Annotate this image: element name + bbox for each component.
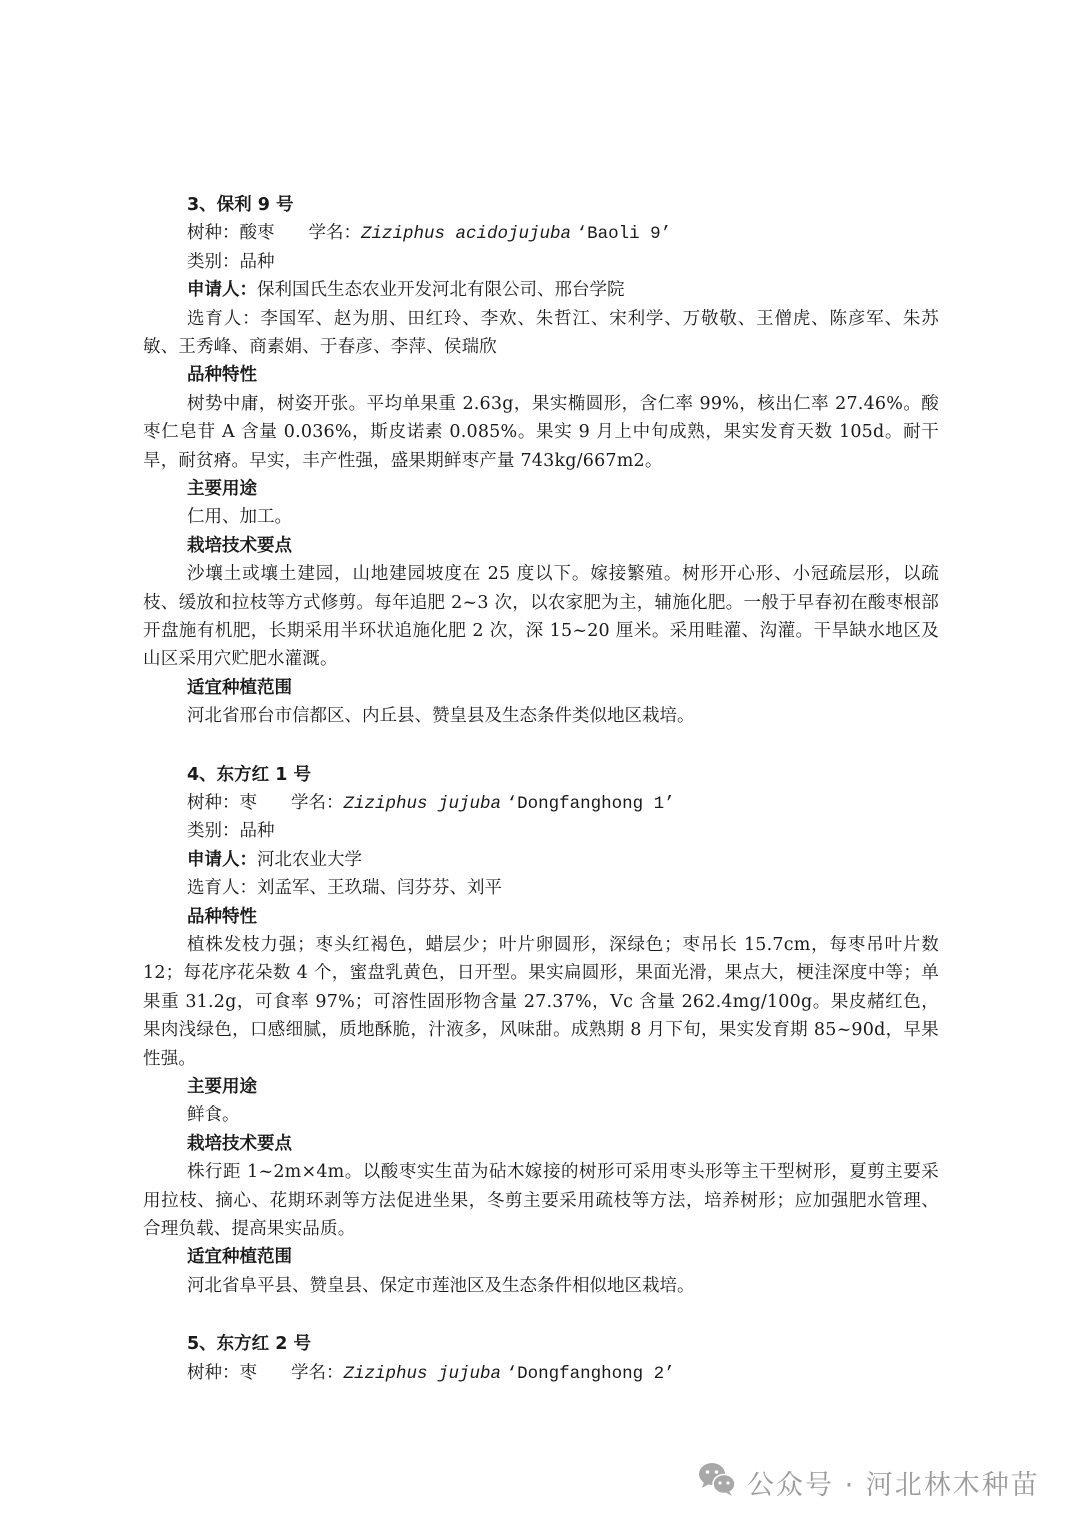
entry-dongfanghong-1: 4、东方红 1 号 树种：枣学名：Ziziphus jujuba ‘Dongfa… [143, 761, 939, 1301]
traits-title: 品种特性 [143, 903, 939, 931]
applicant-label: 申请人： [187, 280, 257, 300]
entry-heading: 3、保利 9 号 [143, 191, 939, 219]
category-line: 类别：品种 [143, 817, 939, 845]
use-title: 主要用途 [143, 475, 939, 503]
document-page: 3、保利 9 号 树种：酸枣学名：Ziziphus acidojujuba ‘B… [143, 191, 939, 1387]
applicant-line: 申请人：河北农业大学 [143, 846, 939, 874]
entry-heading: 5、东方红 2 号 [143, 1330, 939, 1358]
use-title: 主要用途 [143, 1073, 939, 1101]
cultivation-paragraph: 株行距 1~2m×4m。以酸枣实生苗为砧木嫁接的树形可采用枣头形等主干型树形，夏… [143, 1158, 939, 1243]
range-text: 河北省邢台市信都区、内丘县、赞皇县及生态条件类似地区栽培。 [143, 702, 939, 730]
range-title: 适宜种植范围 [143, 674, 939, 702]
traits-title: 品种特性 [143, 361, 939, 389]
species-label: 树种： [187, 793, 240, 813]
species-line: 树种：枣学名：Ziziphus jujuba ‘Dongfanghong 2’ [143, 1359, 939, 1387]
traits-paragraph: 植株发枝力强；枣头红褐色，蜡层少；叶片卵圆形，深绿色；枣吊长 15.7cm，每枣… [143, 931, 939, 1073]
use-text: 仁用、加工。 [143, 503, 939, 531]
use-text: 鲜食。 [143, 1101, 939, 1129]
species-value: 枣 [240, 1363, 258, 1383]
sci-name: Ziziphus jujuba [344, 794, 502, 814]
cultivation-title: 栽培技术要点 [143, 532, 939, 560]
applicant-value: 河北农业大学 [257, 850, 362, 870]
species-value: 酸枣 [240, 223, 275, 243]
species-value: 枣 [240, 793, 258, 813]
sci-name: Ziziphus jujuba [344, 1364, 502, 1384]
cultivar-name: ‘Dongfanghong 1’ [507, 794, 675, 814]
entry-baoli-9: 3、保利 9 号 树种：酸枣学名：Ziziphus acidojujuba ‘B… [143, 191, 939, 731]
applicant-line: 申请人：保利国氏生态农业开发河北有限公司、邢台学院 [143, 276, 939, 304]
entry-heading: 4、东方红 1 号 [143, 761, 939, 789]
sci-name: Ziziphus acidojujuba [361, 224, 571, 244]
cultivation-title: 栽培技术要点 [143, 1130, 939, 1158]
cultivar-name: ‘Baoli 9’ [577, 224, 672, 244]
wechat-icon [697, 1461, 747, 1504]
sci-label: 学名： [291, 1363, 344, 1383]
cultivar-name: ‘Dongfanghong 2’ [507, 1364, 675, 1384]
sci-label: 学名： [309, 223, 362, 243]
species-label: 树种： [187, 223, 240, 243]
sci-label: 学名： [291, 793, 344, 813]
spacer [143, 731, 939, 761]
species-label: 树种： [187, 1363, 240, 1383]
species-line: 树种：枣学名：Ziziphus jujuba ‘Dongfanghong 1’ [143, 789, 939, 817]
entry-dongfanghong-2: 5、东方红 2 号 树种：枣学名：Ziziphus jujuba ‘Dongfa… [143, 1330, 939, 1387]
watermark-text: 公众号 · 河北林木种苗 [747, 1463, 1040, 1502]
species-line: 树种：酸枣学名：Ziziphus acidojujuba ‘Baoli 9’ [143, 219, 939, 247]
category-line: 类别：品种 [143, 248, 939, 276]
range-title: 适宜种植范围 [143, 1243, 939, 1271]
range-text: 河北省阜平县、赞皇县、保定市莲池区及生态条件相似地区栽培。 [143, 1272, 939, 1300]
watermark: 公众号 · 河北林木种苗 [697, 1461, 1040, 1504]
spacer [143, 1300, 939, 1330]
breeders-paragraph: 选育人：李国军、赵为朋、田红玲、李欢、朱哲江、宋利学、万敬敬、王僧虎、陈彦军、朱… [143, 305, 939, 362]
breeders-line: 选育人：刘孟军、王玖瑞、闫芬芬、刘平 [143, 874, 939, 902]
applicant-label: 申请人： [187, 850, 257, 870]
applicant-value: 保利国氏生态农业开发河北有限公司、邢台学院 [257, 280, 625, 300]
cultivation-paragraph: 沙壤土或壤土建园，山地建园坡度在 25 度以下。嫁接繁殖。树形开心形、小冠疏层形… [143, 560, 939, 674]
traits-paragraph: 树势中庸，树姿开张。平均单果重 2.63g，果实椭圆形，含仁率 99%，核出仁率… [143, 390, 939, 475]
